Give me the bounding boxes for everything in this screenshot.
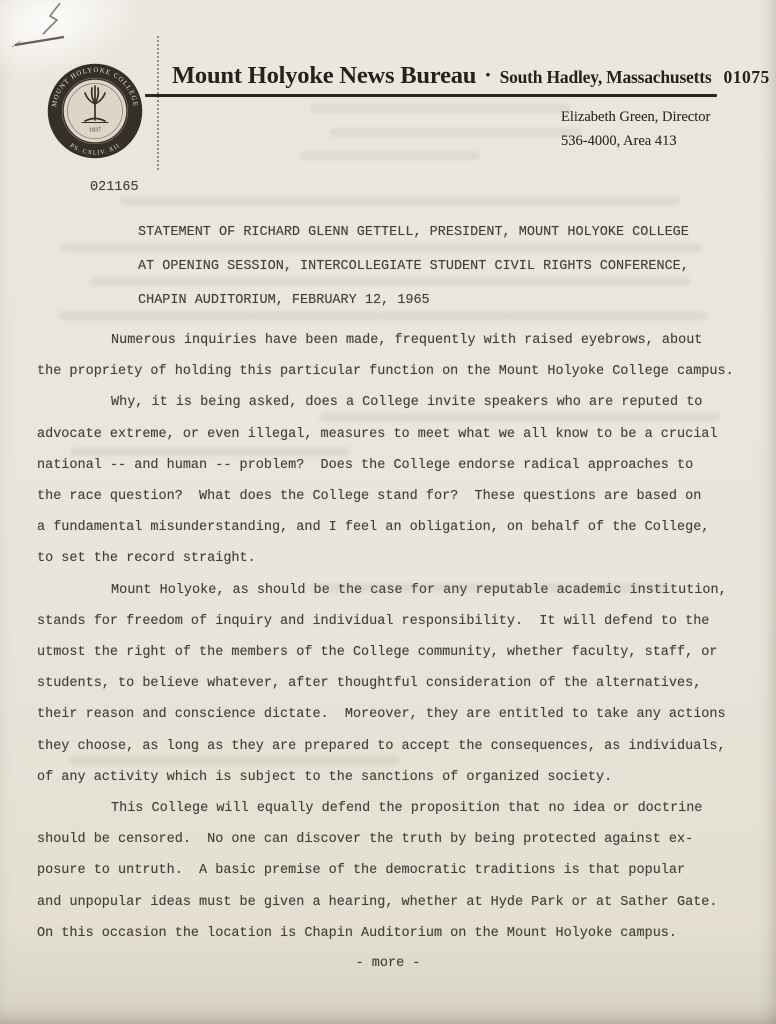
dotted-divider: [157, 36, 159, 170]
body-line: On this occasion the location is Chapin …: [37, 918, 734, 949]
pencil-mark: [0, 0, 130, 60]
separator-dot: ·: [484, 62, 491, 88]
contact-block: Elizabeth Green, Director 536-4000, Area…: [561, 106, 710, 153]
masthead-rule: [145, 94, 717, 97]
document-number: 021165: [90, 180, 139, 195]
statement-body: Numerous inquiries have been made, frequ…: [37, 325, 734, 949]
body-line: advocate extreme, or even illegal, measu…: [37, 419, 734, 450]
body-line: of any activity which is subject to the …: [37, 762, 734, 793]
body-line: Mount Holyoke, as should be the case for…: [37, 575, 734, 606]
body-line: This College will equally defend the pro…: [37, 793, 734, 824]
bureau-location: South Hadley, Massachusetts: [500, 67, 712, 88]
title-line: AT OPENING SESSION, INTERCOLLEGIATE STUD…: [138, 250, 689, 284]
body-line: the race question? What does the College…: [37, 481, 734, 512]
masthead: Mount Holyoke News Bureau · South Hadley…: [172, 62, 770, 90]
seal-year: 1837: [89, 128, 101, 134]
title-line: STATEMENT OF RICHARD GLENN GETTELL, PRES…: [138, 216, 689, 250]
college-seal: MOUNT HOLYOKE COLLEGE PS. CXLIV. XII 183…: [47, 63, 143, 159]
bleed-through: [330, 128, 580, 137]
body-line: posure to untruth. A basic premise of th…: [37, 855, 734, 886]
bureau-name: Mount Holyoke News Bureau: [172, 62, 476, 90]
scanned-press-release-page: MOUNT HOLYOKE COLLEGE PS. CXLIV. XII 183…: [0, 0, 776, 1024]
body-line: students, to believe whatever, after tho…: [37, 668, 734, 699]
more-marker: - more -: [0, 956, 776, 971]
title-line: CHAPIN AUDITORIUM, FEBRUARY 12, 1965: [138, 284, 689, 318]
statement-title: STATEMENT OF RICHARD GLENN GETTELL, PRES…: [138, 216, 689, 318]
phone-number: 536-4000, Area 413: [561, 130, 710, 154]
body-line: Numerous inquiries have been made, frequ…: [37, 325, 734, 356]
bleed-through: [310, 104, 570, 113]
body-line: national -- and human -- problem? Does t…: [37, 450, 734, 481]
body-line: utmost the right of the members of the C…: [37, 637, 734, 668]
body-line: Why, it is being asked, does a College i…: [37, 387, 734, 418]
body-line: their reason and conscience dictate. Mor…: [37, 699, 734, 730]
body-line: should be censored. No one can discover …: [37, 824, 734, 855]
body-line: a fundamental misunderstanding, and I fe…: [37, 512, 734, 543]
body-line: to set the record straight.: [37, 543, 734, 574]
bleed-through: [120, 197, 680, 206]
body-line: and unpopular ideas must be given a hear…: [37, 887, 734, 918]
bureau-zip: 01075: [724, 67, 770, 88]
body-line: stands for freedom of inquiry and indivi…: [37, 606, 734, 637]
body-line: they choose, as long as they are prepare…: [37, 731, 734, 762]
director-name: Elizabeth Green, Director: [561, 106, 710, 130]
bleed-through: [300, 151, 480, 160]
body-line: the propriety of holding this particular…: [37, 356, 734, 387]
